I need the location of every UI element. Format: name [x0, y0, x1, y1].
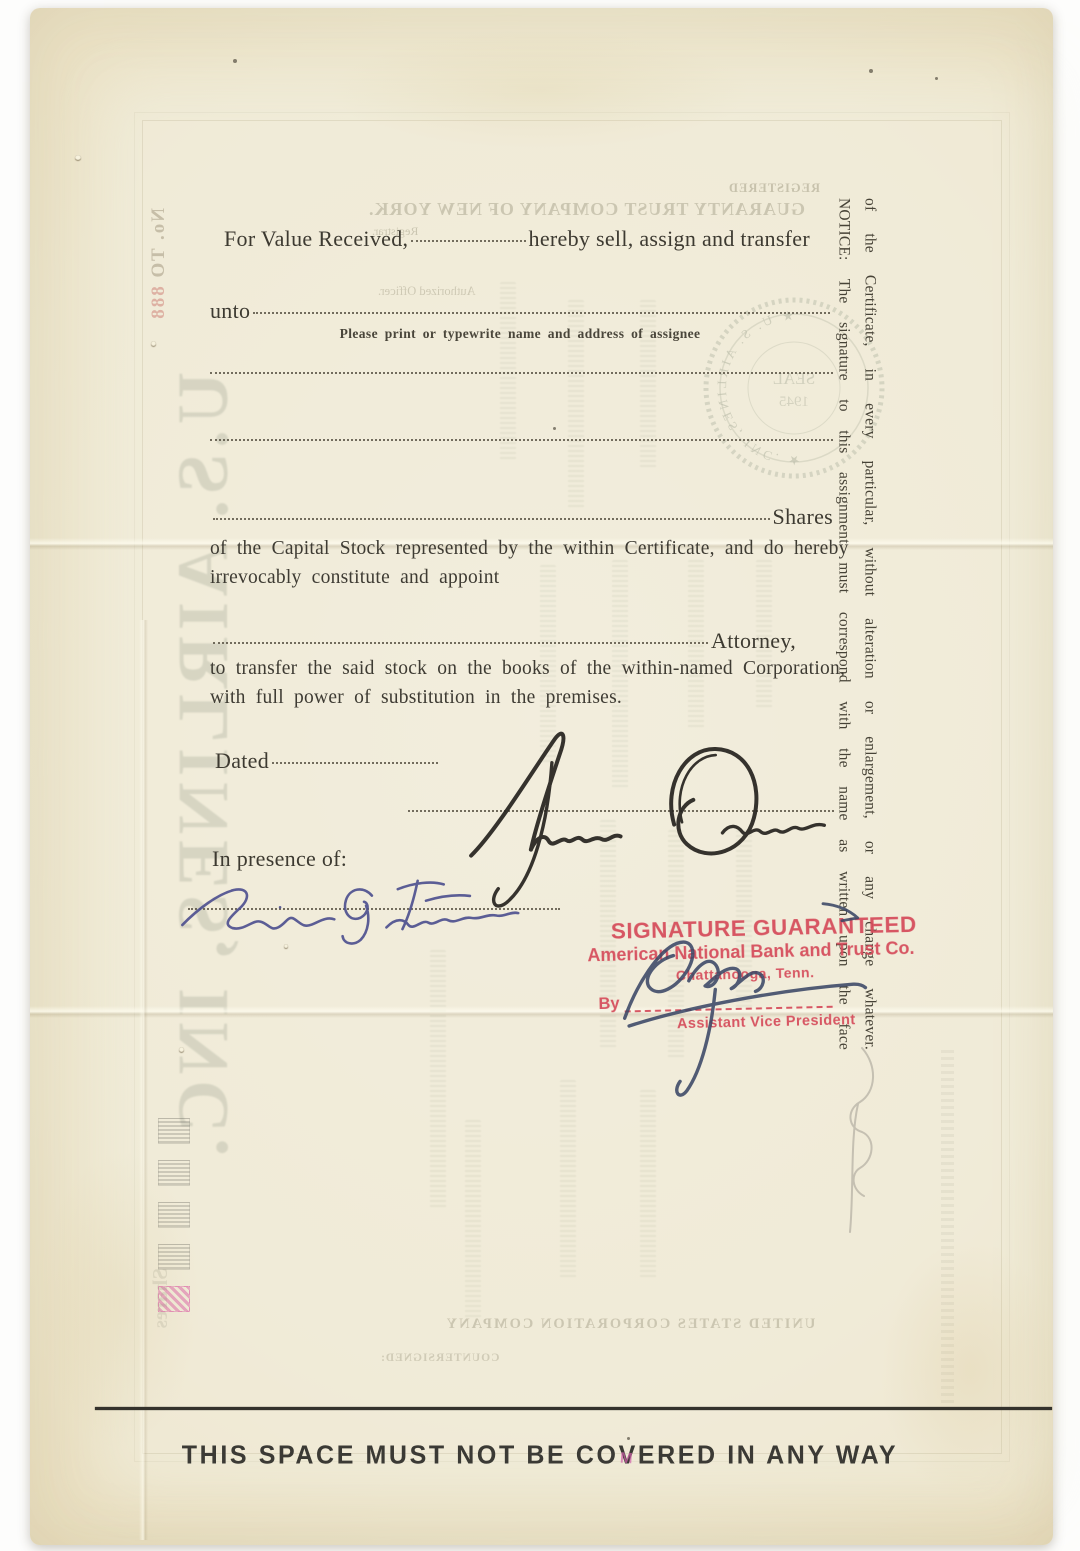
paper-speck [869, 69, 873, 73]
blank-line [411, 240, 525, 242]
bleed-text-column [430, 950, 446, 1210]
ghost-agent-company: UNITED STATES CORPORATION COMPANY [420, 1316, 840, 1333]
appoint-text: irrevocably constitute and appoint [210, 567, 499, 589]
pink-ink-mark: M [619, 1450, 633, 1468]
seal-center-ring [748, 342, 840, 434]
dated-line: Dated [215, 748, 441, 774]
unto-text: unto [210, 298, 250, 324]
unto-line: unto [210, 298, 833, 324]
substitution-text: with full power of substitution in the p… [210, 687, 622, 709]
ghost-registrar-bank: GUARANTY TRUST COMPANY OF NEW YORK. [393, 199, 805, 220]
shares-line: Shares [210, 504, 833, 530]
bleed-text-column [465, 1120, 481, 1320]
attorney-text: Attorney, [711, 628, 796, 654]
ghost-certificate-number-prefix: No. TO [148, 208, 169, 280]
pin-hole [151, 341, 156, 346]
footer-warning: THIS SPACE MUST NOT BE COVERED IN ANY WA… [180, 1440, 900, 1470]
witness-signature [175, 853, 527, 951]
ornament-block [158, 1244, 190, 1270]
ornament-block [158, 1202, 190, 1228]
sell-assign-text: hereby sell, assign and transfer [529, 226, 810, 252]
ghost-certificate-number: No. TO 888 [148, 208, 170, 348]
paper-speck [627, 1437, 630, 1440]
bleed-border-pattern [941, 1050, 954, 1410]
capital-stock-text: of the Capital Stock represented by the … [210, 538, 849, 560]
value-received-line: For Value Received, hereby sell, assign … [224, 226, 810, 252]
ghost-authorized-officer: Authorized Officer. [378, 284, 476, 299]
ornament-block [158, 1118, 190, 1144]
shares-text: Shares [773, 504, 833, 530]
paper-speck [553, 427, 556, 430]
attorney-line: Attorney, [210, 628, 796, 654]
transfer-text: to transfer the said stock on the books … [210, 658, 845, 680]
dated-text: Dated [215, 748, 269, 774]
assignee-hint: Please print or typewrite name and addre… [300, 326, 740, 342]
value-received-text: For Value Received, [224, 226, 408, 252]
certificate-back-scan: REGISTERED GUARANTY TRUST COMPANY OF NEW… [0, 0, 1080, 1551]
shares-blank-line [213, 518, 770, 520]
footer-rule [95, 1407, 1052, 1410]
attorney-blank-line [213, 642, 708, 644]
blank-line [210, 372, 833, 374]
stamp-officer-signature [592, 875, 894, 1130]
ghost-registered-label: REGISTERED [728, 181, 820, 196]
paper-speck [935, 77, 938, 80]
ghost-shares-word: Shares [148, 1268, 173, 1398]
blank-line [210, 439, 833, 441]
assignee-blank-line [253, 312, 830, 314]
bleed-text-column [560, 1080, 576, 1280]
pin-hole [75, 155, 81, 160]
fold-crease-vertical [139, 620, 148, 1540]
ghost-countersigned-label: COUNTERSIGNED: [380, 1352, 499, 1364]
seal-center-year: 1945 [779, 394, 809, 410]
ornament-block [158, 1160, 190, 1186]
pin-hole [284, 944, 288, 948]
ghost-certificate-number-value: 888 [148, 286, 169, 321]
paper-speck [233, 59, 237, 63]
pin-hole [179, 1047, 184, 1052]
